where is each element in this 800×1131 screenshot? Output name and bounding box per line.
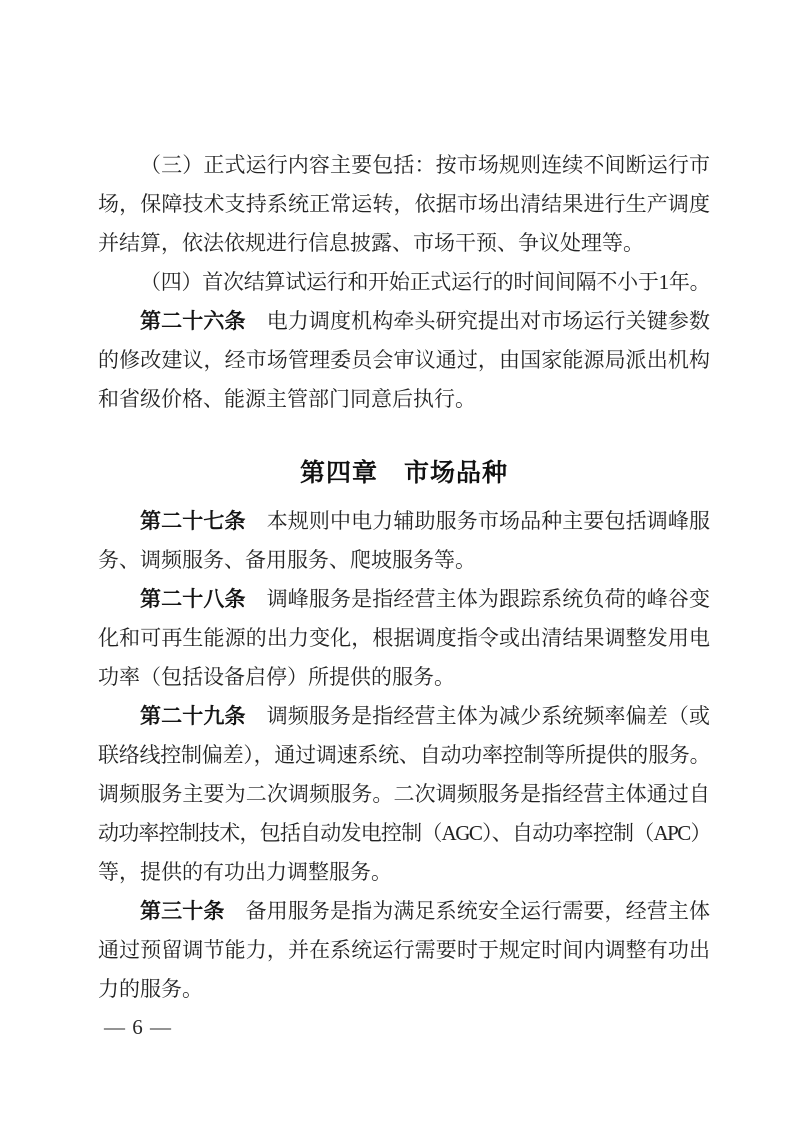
text-segment: 备用服务是指为满足系统安全运行需要，经营主体 [224,899,710,923]
text-line: 等，提供的有功出力调整服务。 [98,853,710,892]
text-line: 功率（包括设备启停）所提供的服务。 [98,658,710,697]
document-body: （三）正式运行内容主要包括：按市场规则连续不间断运行市场，保障技术支持系统正常运… [98,146,710,1009]
text-segment: 本规则中电力辅助服务市场品种主要包括调峰服 [246,509,710,533]
text-segment: 等，提供的有功出力调整服务。 [98,860,392,884]
article-number: 第二十六条 [140,310,246,333]
text-segment: 和省级价格、能源主管部门同意后执行。 [98,387,476,411]
text-segment: 调频服务主要为二次调频服务。二次调频服务是指经营主体通过自 [98,782,710,806]
text-line: 联络线控制偏差），通过调速系统、自动功率控制等所提供的服务。 [98,736,710,775]
text-line: 化和可再生能源的出力变化，根据调度指令或出清结果调整发用电 [98,619,710,658]
text-line: 动功率控制技术，包括自动发电控制（AGC）、自动功率控制（APC） [98,814,710,853]
text-line: 场，保障技术支持系统正常运转，依据市场出清结果进行生产调度 [98,185,710,224]
text-segment: 电力调度机构牵头研究提出对市场运行关键参数 [246,309,710,333]
text-segment: 功率（包括设备启停）所提供的服务。 [98,665,455,689]
text-segment: 调峰服务是指经营主体为跟踪系统负荷的峰谷变 [246,587,710,611]
text-line: 和省级价格、能源主管部门同意后执行。 [98,380,710,419]
text-line: 务、调频服务、备用服务、爬坡服务等。 [98,541,710,580]
text-segment: 场，保障技术支持系统正常运转，依据市场出清结果进行生产调度 [98,192,710,216]
text-segment: 务、调频服务、备用服务、爬坡服务等。 [98,548,476,572]
text-segment: 并结算，依法依规进行信息披露、市场干预、争议处理等。 [98,231,644,255]
text-line: 并结算，依法依规进行信息披露、市场干预、争议处理等。 [98,224,710,263]
text-line: 通过预留调节能力，并在系统运行需要时于规定时间内调整有功出 [98,931,710,970]
text-segment: （四）首次结算试运行和开始正式运行的时间间隔不小于1年。 [140,270,710,294]
text-segment: 联络线控制偏差），通过调速系统、自动功率控制等所提供的服务。 [98,743,710,767]
text-segment: 动功率控制技术，包括自动发电控制（AGC）、自动功率控制（APC） [98,821,710,845]
document-page: （三）正式运行内容主要包括：按市场规则连续不间断运行市场，保障技术支持系统正常运… [0,0,800,1131]
text-line: （三）正式运行内容主要包括：按市场规则连续不间断运行市 [98,146,710,185]
text-segment: 化和可再生能源的出力变化，根据调度指令或出清结果调整发用电 [98,626,710,650]
text-line: 调频服务主要为二次调频服务。二次调频服务是指经营主体通过自 [98,775,710,814]
text-line: （四）首次结算试运行和开始正式运行的时间间隔不小于1年。 [98,263,710,302]
text-line: 第二十七条 本规则中电力辅助服务市场品种主要包括调峰服 [98,502,710,541]
text-segment: 的修改建议，经市场管理委员会审议通过，由国家能源局派出机构 [98,348,710,372]
text-segment: 调频服务是指经营主体为减少系统频率偏差（或 [246,704,710,728]
article-number: 第二十九条 [140,705,246,728]
article-number: 第二十七条 [140,510,246,533]
text-line: 力的服务。 [98,970,710,1009]
chapter-heading: 第四章 市场品种 [98,456,710,490]
text-line: 第二十六条 电力调度机构牵头研究提出对市场运行关键参数 [98,302,710,341]
page-number: — 6 — [104,1012,172,1042]
text-segment: （三）正式运行内容主要包括：按市场规则连续不间断运行市 [140,153,710,177]
text-line: 第二十九条 调频服务是指经营主体为减少系统频率偏差（或 [98,697,710,736]
article-number: 第三十条 [140,900,224,923]
article-number: 第二十八条 [140,588,246,611]
text-segment: 力的服务。 [98,977,203,1001]
text-segment: 通过预留调节能力，并在系统运行需要时于规定时间内调整有功出 [98,938,710,962]
text-line: 第三十条 备用服务是指为满足系统安全运行需要，经营主体 [98,892,710,931]
text-line: 的修改建议，经市场管理委员会审议通过，由国家能源局派出机构 [98,341,710,380]
text-line: 第二十八条 调峰服务是指经营主体为跟踪系统负荷的峰谷变 [98,580,710,619]
